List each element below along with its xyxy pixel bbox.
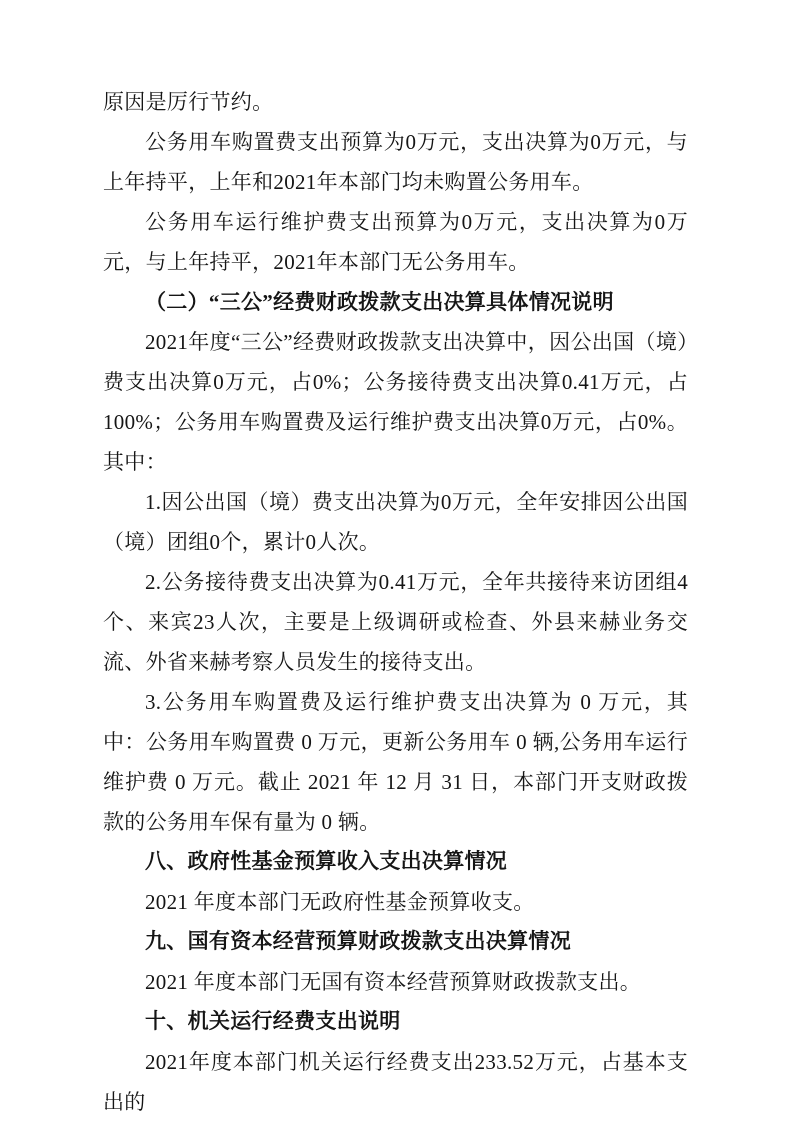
paragraph-operating-expense: 2021年度本部门机关运行经费支出233.52万元，占基本支出的 — [103, 1042, 688, 1122]
paragraph-savings-reason: 原因是厉行节约。 — [103, 82, 688, 122]
document-canvas: { "document": { "language": "zh-CN", "ba… — [0, 0, 793, 1122]
paragraph-three-public-summary: 2021年度“三公”经费财政拨款支出决算中，因公出国（境）费支出决算0万元，占0… — [103, 322, 688, 482]
paragraph-vehicle-maintenance-budget: 公务用车运行维护费支出预算为0万元，支出决算为0万元，与上年持平，2021年本部… — [103, 202, 688, 282]
section-heading-9-state-capital: 九、国有资本经营预算财政拨款支出决算情况 — [103, 922, 688, 962]
section-heading-8-gov-fund: 八、政府性基金预算收入支出决算情况 — [103, 842, 688, 882]
subsection-heading-three-public-detail: （二）“三公”经费财政拨款支出决算具体情况说明 — [103, 282, 688, 322]
paragraph-item2-official-reception: 2.公务接待费支出决算为0.41万元，全年共接待来访团组4个、来宾23人次，主要… — [103, 562, 688, 682]
paragraph-state-capital-none: 2021 年度本部门无国有资本经营预算财政拨款支出。 — [103, 962, 688, 1002]
paragraph-item3-vehicle-expense: 3.公务用车购置费及运行维护费支出决算为 0 万元，其中：公务用车购置费 0 万… — [103, 682, 688, 842]
paragraph-vehicle-purchase-budget: 公务用车购置费支出预算为0万元，支出决算为0万元，与上年持平，上年和2021年本… — [103, 122, 688, 202]
paragraph-item1-overseas-trips: 1.因公出国（境）费支出决算为0万元，全年安排因公出国（境）团组0个，累计0人次… — [103, 482, 688, 562]
paragraph-gov-fund-none: 2021 年度本部门无政府性基金预算收支。 — [103, 882, 688, 922]
section-heading-10-operating-expense: 十、机关运行经费支出说明 — [103, 1002, 688, 1042]
document-page: 原因是厉行节约。 公务用车购置费支出预算为0万元，支出决算为0万元，与上年持平，… — [103, 82, 688, 1122]
